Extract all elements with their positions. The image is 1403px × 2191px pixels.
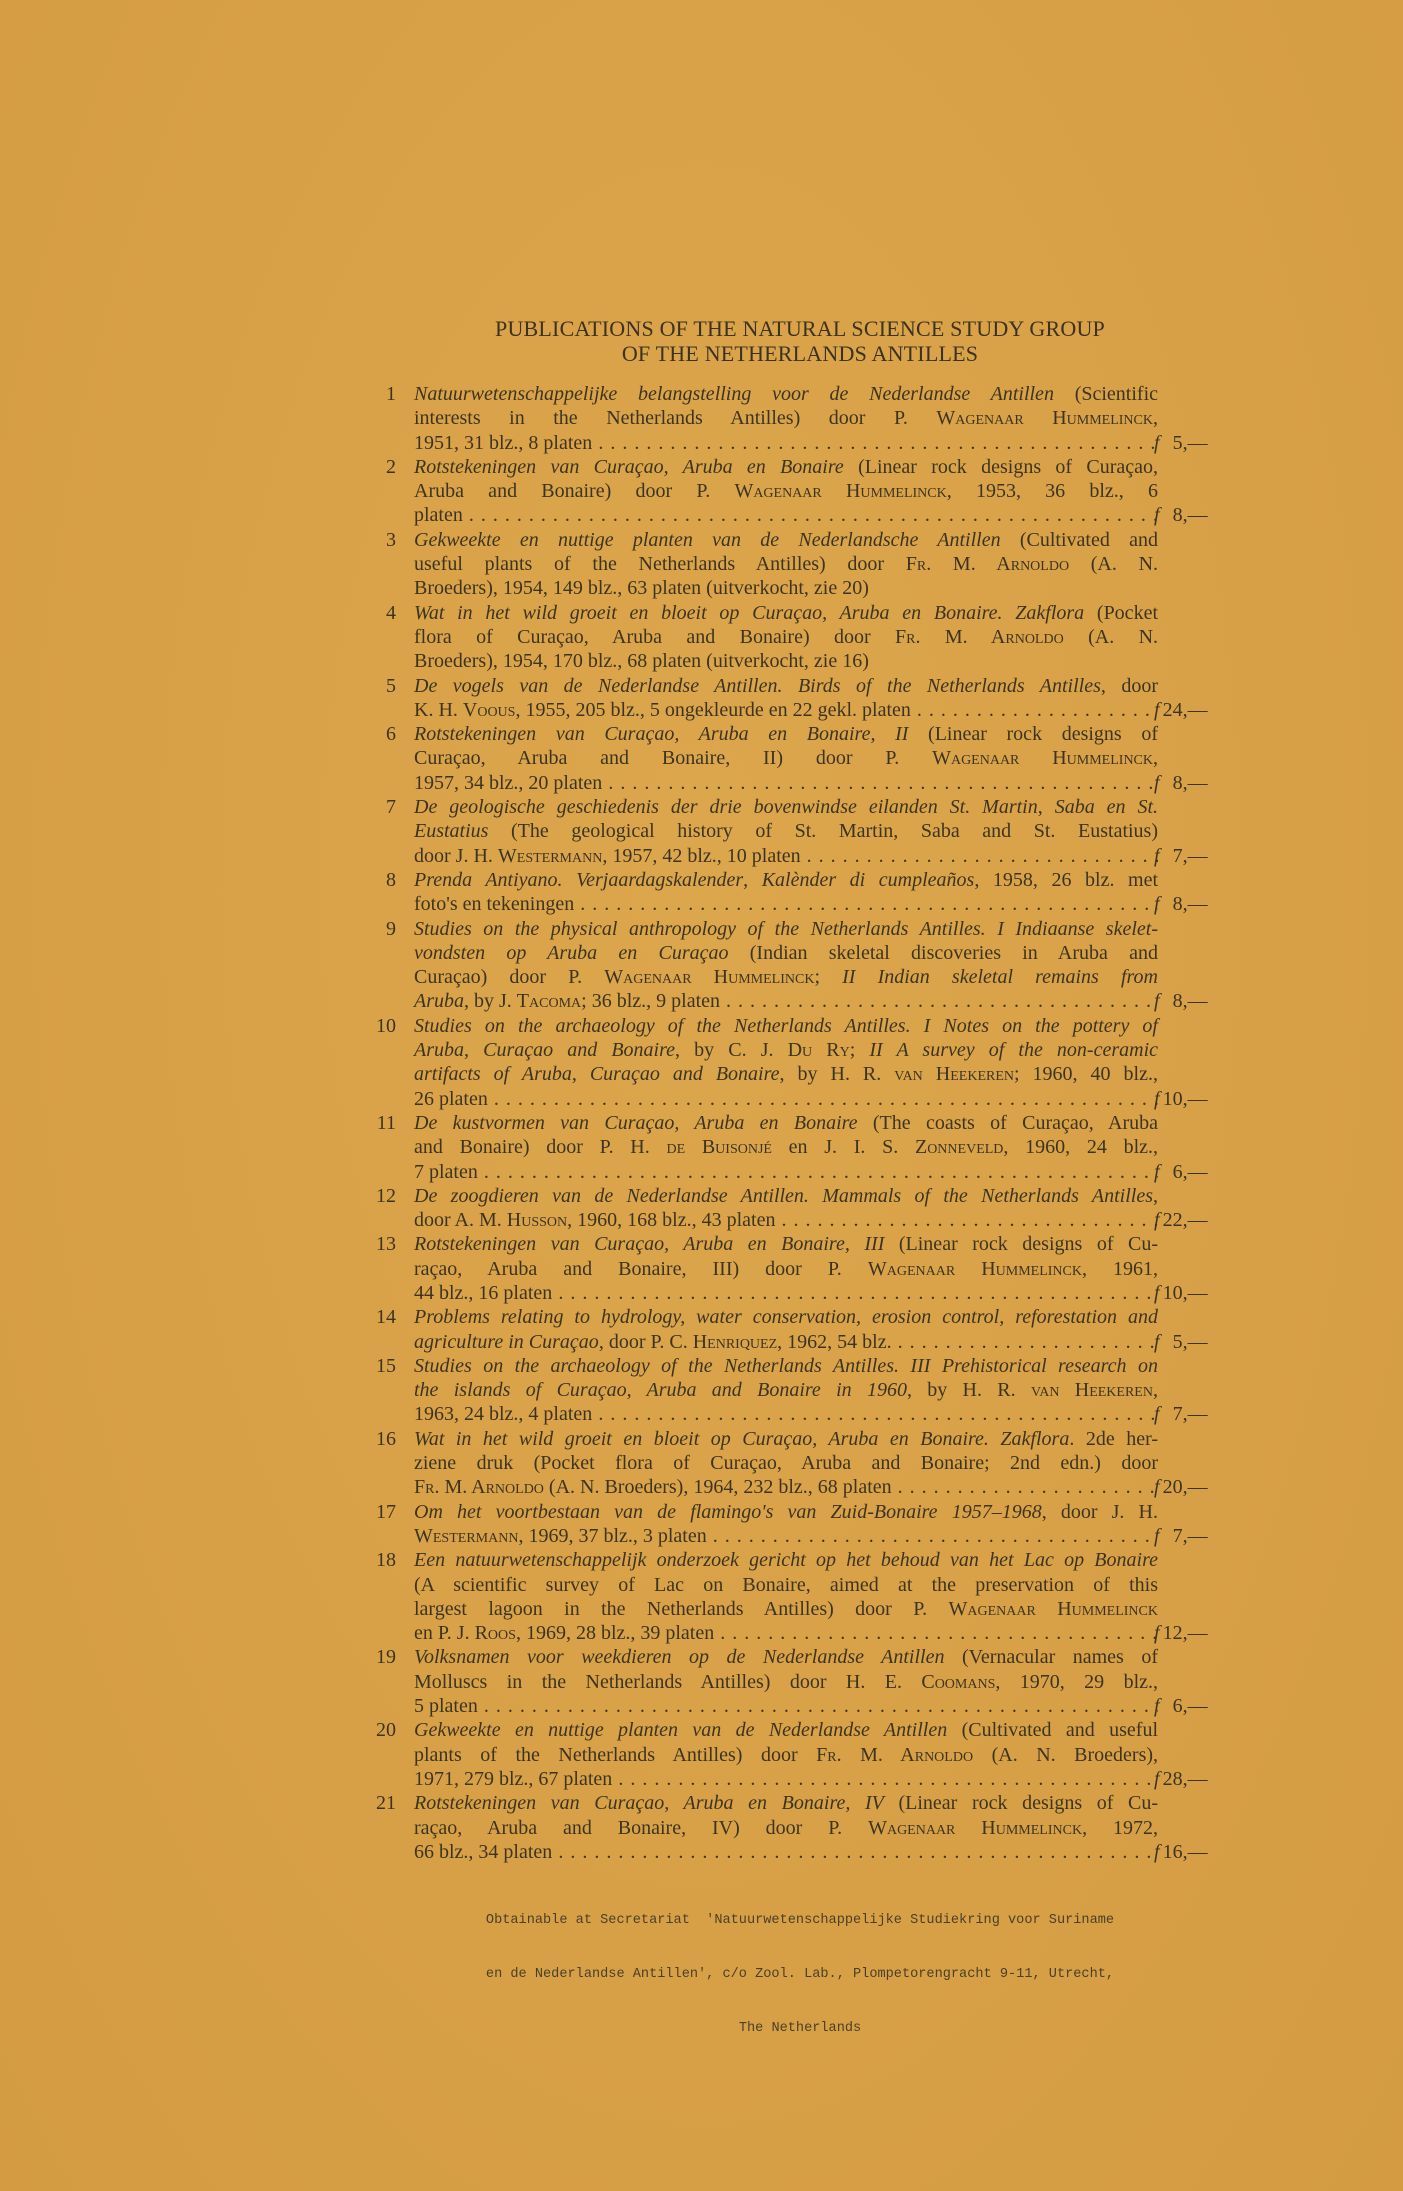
publication-entry: 8f 8,—Prenda Antiyano. Verjaardagskalend… [368,868,1208,917]
entry-price: f 8,— [1154,503,1224,527]
entry-price: f 5,— [1154,431,1224,455]
footer-line-1: Obtainable at Secretariat 'Natuurwetensc… [360,1912,1240,1930]
title-line-1: PUBLICATIONS OF THE NATURAL SCIENCE STUD… [380,316,1220,341]
entry-text: De zoogdieren van de Nederlandse Antille… [414,1184,1158,1233]
publication-entry: 7f 7,—De geologische geschiedenis der dr… [368,795,1208,868]
entry-line: ziene druk (Pocket flora of Curaçao, Aru… [414,1451,1158,1475]
publication-entry: 6f 8,—Rotstekeningen van Curaçao, Aruba … [368,722,1208,795]
entry-line: Broeders), 1954, 149 blz., 63 platen (ui… [414,576,1158,600]
publication-entry: 11f 6,—De kustvormen van Curaçao, Aruba … [368,1111,1208,1184]
entry-price: f 8,— [1154,989,1224,1013]
entry-line-with-leader: 1963, 24 blz., 4 platen [414,1402,1158,1426]
entry-line: Studies on the archaeology of the Nether… [414,1014,1158,1038]
dot-leader [552,1281,1158,1305]
entry-price: f 7,— [1154,844,1224,868]
entry-line-with-leader: platen [414,503,1158,527]
entry-line: De geologische geschiedenis der drie bov… [414,795,1158,819]
entry-price: f10,— [1154,1087,1224,1111]
entry-number: 13 [368,1232,396,1256]
entry-number: 5 [368,674,396,698]
entry-number: 8 [368,868,396,892]
entry-text: Volksnamen voor weekdieren op de Nederla… [414,1645,1158,1718]
entry-line-with-leader: Fr. M. Arnoldo (A. N. Broeders), 1964, 2… [414,1475,1158,1499]
entry-text: Gekweekte en nuttige planten van de Nede… [414,1718,1158,1791]
dot-leader [602,771,1158,795]
entry-text: De kustvormen van Curaçao, Aruba en Bona… [414,1111,1158,1184]
entry-line: raçao, Aruba and Bonaire, III) door P. W… [414,1257,1158,1281]
entry-price: f 6,— [1154,1694,1224,1718]
publication-entry: 4Wat in het wild groeit en bloeit op Cur… [368,601,1208,674]
guilder-symbol-icon: f [1154,845,1160,867]
entry-line: De kustvormen van Curaçao, Aruba en Bona… [414,1111,1158,1135]
dot-leader [478,1160,1158,1184]
entry-number: 21 [368,1791,396,1815]
entry-line: interests in the Netherlands Antilles) d… [414,406,1158,430]
dot-leader [720,989,1158,1013]
publication-list: 1f 5,—Natuurwetenschappelijke belangstel… [368,382,1208,1864]
publication-entry: 2f 8,—Rotstekeningen van Curaçao, Aruba … [368,455,1208,528]
entry-text: Rotstekeningen van Curaçao, Aruba en Bon… [414,455,1158,528]
entry-price: f 7,— [1154,1524,1224,1548]
entry-line: De vogels van de Nederlandse Antillen. B… [414,674,1158,698]
entry-line-with-leader: K. H. Voous, 1955, 205 blz., 5 ongekleur… [414,698,1158,722]
entry-line-with-leader: en P. J. Roos, 1969, 28 blz., 39 platen [414,1621,1158,1645]
publication-entry: 5f24,—De vogels van de Nederlandse Antil… [368,674,1208,723]
entry-line: Rotstekeningen van Curaçao, Aruba en Bon… [414,1791,1158,1815]
entry-price: f20,— [1154,1475,1224,1499]
publication-entry: 9f 8,—Studies on the physical anthropolo… [368,917,1208,1014]
entry-number: 20 [368,1718,396,1742]
entry-line: flora of Curaçao, Aruba and Bonaire) doo… [414,625,1158,649]
entry-line: Prenda Antiyano. Verjaardagskalender, Ka… [414,868,1158,892]
guilder-symbol-icon: f [1154,1622,1160,1644]
entry-line-with-leader: 1957, 34 blz., 20 platen [414,771,1158,795]
dot-leader [612,1767,1158,1791]
entry-line-with-leader: Westermann, 1969, 37 blz., 3 platen [414,1524,1158,1548]
entry-line-with-leader: 7 platen [414,1160,1158,1184]
entry-line: Problems relating to hydrology, water co… [414,1305,1158,1329]
entry-line-with-leader: door J. H. Westermann, 1957, 42 blz., 10… [414,844,1158,868]
guilder-symbol-icon: f [1154,990,1160,1012]
dot-leader [592,431,1158,455]
publication-entry: 17f 7,—Om het voortbestaan van de flamin… [368,1500,1208,1549]
entry-number: 12 [368,1184,396,1208]
entry-line-with-leader: foto's en tekeningen [414,892,1158,916]
guilder-symbol-icon: f [1154,432,1160,454]
publication-entry: 15f 7,—Studies on the archaeology of the… [368,1354,1208,1427]
entry-text: Wat in het wild groeit en bloeit op Cura… [414,601,1158,674]
dot-leader [707,1524,1158,1548]
entry-line: Gekweekte en nuttige planten van de Nede… [414,528,1158,552]
publication-entry: 14f 5,—Problems relating to hydrology, w… [368,1305,1208,1354]
publication-entry: 18f12,—Een natuurwetenschappelijk onderz… [368,1548,1208,1645]
entry-line: Om het voortbestaan van de flamingo's va… [414,1500,1158,1524]
entry-line: Rotstekeningen van Curaçao, Aruba en Bon… [414,722,1158,746]
entry-text: Problems relating to hydrology, water co… [414,1305,1158,1354]
guilder-symbol-icon: f [1154,772,1160,794]
entry-line: (A scientific survey of Lac on Bonaire, … [414,1573,1158,1597]
entry-line-with-leader: 44 blz., 16 platen [414,1281,1158,1305]
entry-line: vondsten op Aruba en Curaçao (Indian ske… [414,941,1158,965]
publication-entry: 13f10,—Rotstekeningen van Curaçao, Aruba… [368,1232,1208,1305]
entry-line-with-leader: 1971, 279 blz., 67 platen [414,1767,1158,1791]
dot-leader [574,892,1158,916]
entry-line: and Bonaire) door P. H. de Buisonjé en J… [414,1135,1158,1159]
entry-line: raçao, Aruba and Bonaire, IV) door P. Wa… [414,1816,1158,1840]
entry-line: Studies on the archaeology of the Nether… [414,1354,1158,1378]
document-page: PUBLICATIONS OF THE NATURAL SCIENCE STUD… [0,0,1403,2191]
guilder-symbol-icon: f [1154,893,1160,915]
guilder-symbol-icon: f [1154,1695,1160,1717]
entry-line: De zoogdieren van de Nederlandse Antille… [414,1184,1158,1208]
entry-number: 4 [368,601,396,625]
guilder-symbol-icon: f [1154,1476,1160,1498]
entry-price: f24,— [1154,698,1224,722]
guilder-symbol-icon: f [1154,1525,1160,1547]
entry-text: Rotstekeningen van Curaçao, Aruba en Bon… [414,1232,1158,1305]
dot-leader [478,1694,1158,1718]
publication-entry: 16f20,—Wat in het wild groeit en bloeit … [368,1427,1208,1500]
entry-line: Natuurwetenschappelijke belangstelling v… [414,382,1158,406]
entry-line: Aruba and Bonaire) door P. Wagenaar Humm… [414,479,1158,503]
guilder-symbol-icon: f [1154,1331,1160,1353]
entry-number: 9 [368,917,396,941]
entry-number: 17 [368,1500,396,1524]
page-title: PUBLICATIONS OF THE NATURAL SCIENCE STUD… [380,316,1220,366]
guilder-symbol-icon: f [1154,1841,1160,1863]
entry-line: Broeders), 1954, 170 blz., 68 platen (ui… [414,649,1158,673]
publication-entry: 10f10,—Studies on the archaeology of the… [368,1014,1208,1111]
entry-price: f16,— [1154,1840,1224,1864]
dot-leader [552,1840,1158,1864]
entry-line-with-leader: Aruba, by J. Tacoma; 36 blz., 9 platen [414,989,1158,1013]
dot-leader [892,1330,1158,1354]
publication-entry: 12f22,—De zoogdieren van de Nederlandse … [368,1184,1208,1233]
entry-line: Eustatius (The geological history of St.… [414,819,1158,843]
entry-line-with-leader: agriculture in Curaçao, door P. C. Henri… [414,1330,1158,1354]
entry-text: De vogels van de Nederlandse Antillen. B… [414,674,1158,723]
guilder-symbol-icon: f [1154,1161,1160,1183]
publication-entry: 19f 6,—Volksnamen voor weekdieren op de … [368,1645,1208,1718]
title-line-2: OF THE NETHERLANDS ANTILLES [380,341,1220,366]
publication-entry: 1f 5,—Natuurwetenschappelijke belangstel… [368,382,1208,455]
entry-number: 15 [368,1354,396,1378]
entry-number: 10 [368,1014,396,1038]
entry-text: Rotstekeningen van Curaçao, Aruba en Bon… [414,1791,1158,1864]
entry-price: f 8,— [1154,892,1224,916]
entry-line-with-leader: 5 platen [414,1694,1158,1718]
entry-line: Wat in het wild groeit en bloeit op Cura… [414,1427,1158,1451]
guilder-symbol-icon: f [1154,1282,1160,1304]
entry-number: 2 [368,455,396,479]
entry-number: 16 [368,1427,396,1451]
entry-line-with-leader: door A. M. Husson, 1960, 168 blz., 43 pl… [414,1208,1158,1232]
entry-number: 11 [368,1111,396,1135]
entry-text: Rotstekeningen van Curaçao, Aruba en Bon… [414,722,1158,795]
entry-line: Aruba, Curaçao and Bonaire, by C. J. Du … [414,1038,1158,1062]
entry-line: Studies on the physical anthropology of … [414,917,1158,941]
entry-line: plants of the Netherlands Antilles) door… [414,1743,1158,1767]
entry-price: f 6,— [1154,1160,1224,1184]
entry-line: Curaçao, Aruba and Bonaire, II) door P. … [414,746,1158,770]
entry-price: f22,— [1154,1208,1224,1232]
dot-leader [892,1475,1158,1499]
entry-number: 18 [368,1548,396,1572]
publication-entry: 3Gekweekte en nuttige planten van de Ned… [368,528,1208,601]
entry-line: Curaçao) door P. Wagenaar Hummelinck; II… [414,965,1158,989]
entry-price: f 5,— [1154,1330,1224,1354]
entry-line: Molluscs in the Netherlands Antilles) do… [414,1670,1158,1694]
entry-number: 19 [368,1645,396,1669]
entry-line: Een natuurwetenschappelijk onderzoek ger… [414,1548,1158,1572]
entry-text: Wat in het wild groeit en bloeit op Cura… [414,1427,1158,1500]
entry-line: largest lagoon in the Netherlands Antill… [414,1597,1158,1621]
entry-line: the islands of Curaçao, Aruba and Bonair… [414,1378,1158,1402]
entry-line: Rotstekeningen van Curaçao, Aruba en Bon… [414,1232,1158,1256]
guilder-symbol-icon: f [1154,1768,1160,1790]
entry-price: f 7,— [1154,1402,1224,1426]
entry-text: Studies on the archaeology of the Nether… [414,1014,1158,1111]
entry-line-with-leader: 26 platen [414,1087,1158,1111]
guilder-symbol-icon: f [1154,1088,1160,1110]
entry-line: artifacts of Aruba, Curaçao and Bonaire,… [414,1062,1158,1086]
dot-leader [801,844,1158,868]
entry-number: 14 [368,1305,396,1329]
entry-price: f 8,— [1154,771,1224,795]
entry-text: De geologische geschiedenis der drie bov… [414,795,1158,868]
footer-note: Obtainable at Secretariat 'Natuurwetensc… [360,1876,1240,2074]
entry-text: Om het voortbestaan van de flamingo's va… [414,1500,1158,1549]
footer-line-3: The Netherlands [360,2020,1240,2038]
entry-text: Een natuurwetenschappelijk onderzoek ger… [414,1548,1158,1645]
entry-price: f10,— [1154,1281,1224,1305]
guilder-symbol-icon: f [1154,1209,1160,1231]
entry-text: Studies on the physical anthropology of … [414,917,1158,1014]
dot-leader [714,1621,1158,1645]
entry-line: Wat in het wild groeit en bloeit op Cura… [414,601,1158,625]
entry-text: Gekweekte en nuttige planten van de Nede… [414,528,1158,601]
dot-leader [592,1402,1158,1426]
entry-text: Prenda Antiyano. Verjaardagskalender, Ka… [414,868,1158,917]
entry-number: 6 [368,722,396,746]
entry-text: Natuurwetenschappelijke belangstelling v… [414,382,1158,455]
footer-line-2: en de Nederlandse Antillen', c/o Zool. L… [360,1966,1240,1984]
publication-entry: 20f28,—Gekweekte en nuttige planten van … [368,1718,1208,1791]
entry-line: Volksnamen voor weekdieren op de Nederla… [414,1645,1158,1669]
entry-line-with-leader: 1951, 31 blz., 8 platen [414,431,1158,455]
dot-leader [911,698,1158,722]
entry-price: f12,— [1154,1621,1224,1645]
entry-number: 3 [368,528,396,552]
entry-price: f28,— [1154,1767,1224,1791]
dot-leader [463,503,1158,527]
dot-leader [488,1087,1158,1111]
entry-number: 1 [368,382,396,406]
entry-line-with-leader: 66 blz., 34 platen [414,1840,1158,1864]
entry-line: Gekweekte en nuttige planten van de Nede… [414,1718,1158,1742]
publication-entry: 21f16,—Rotstekeningen van Curaçao, Aruba… [368,1791,1208,1864]
entry-line: useful plants of the Netherlands Antille… [414,552,1158,576]
guilder-symbol-icon: f [1154,504,1160,526]
guilder-symbol-icon: f [1154,699,1160,721]
guilder-symbol-icon: f [1154,1403,1160,1425]
entry-text: Studies on the archaeology of the Nether… [414,1354,1158,1427]
entry-number: 7 [368,795,396,819]
entry-line: Rotstekeningen van Curaçao, Aruba en Bon… [414,455,1158,479]
dot-leader [775,1208,1158,1232]
